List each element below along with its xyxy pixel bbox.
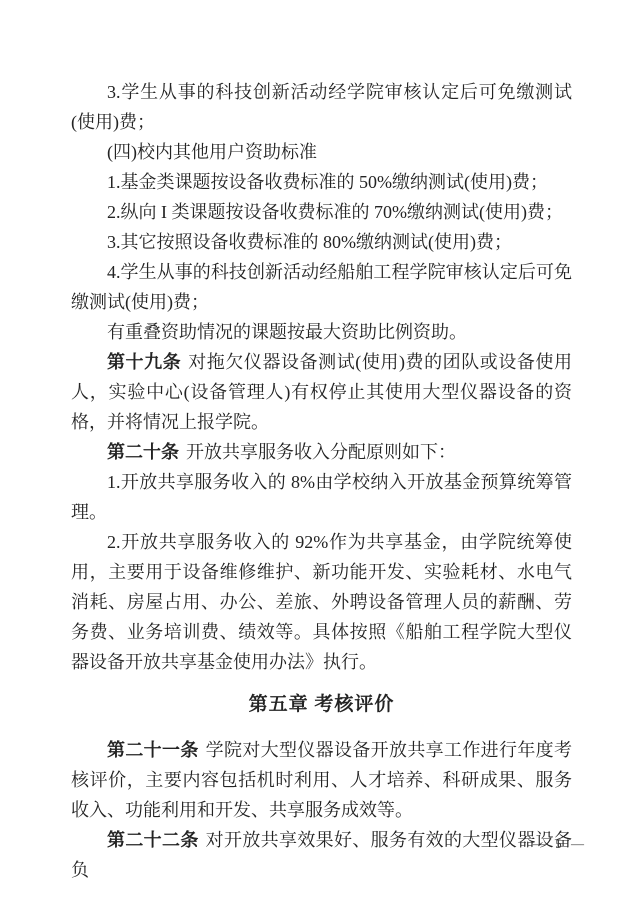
paragraph: 第二十一条学院对大型仪器设备开放共享工作进行年度考核评价，主要内容包括机时利用、… <box>71 735 572 825</box>
page-number: — 5 — <box>533 836 587 852</box>
paragraph: 第十九条对拖欠仪器设备测试(使用)费的团队或设备使用人，实验中心(设备管理人)有… <box>71 347 572 437</box>
document-page: 3.学生从事的科技创新活动经学院审核认定后可免缴测试(使用)费； (四)校内其他… <box>0 0 639 904</box>
paragraph: 1.开放共享服务收入的 8%由学校纳入开放基金预算统筹管理。 <box>71 467 572 527</box>
paragraph: 2.开放共享服务收入的 92%作为共享基金，由学院统筹使用，主要用于设备维修维护… <box>71 527 572 677</box>
document-body: 3.学生从事的科技创新活动经学院审核认定后可免缴测试(使用)费； (四)校内其他… <box>71 77 572 885</box>
paragraph: 3.其它按照设备收费标准的 80%缴纳测试(使用)费； <box>71 227 572 257</box>
paragraph: 有重叠资助情况的课题按最大资助比例资助。 <box>71 317 572 347</box>
paragraph: 第二十二条对开放共享效果好、服务有效的大型仪器设备负 <box>71 825 572 885</box>
paragraph: 4.学生从事的科技创新活动经船舶工程学院审核认定后可免缴测试(使用)费； <box>71 257 572 317</box>
paragraph: 2.纵向 I 类课题按设备收费标准的 70%缴纳测试(使用)费； <box>71 197 572 227</box>
paragraph: 第二十条开放共享服务收入分配原则如下： <box>71 437 572 467</box>
paragraph: 3.学生从事的科技创新活动经学院审核认定后可免缴测试(使用)费； <box>71 77 572 137</box>
paragraph-text: 开放共享服务收入分配原则如下： <box>186 442 456 462</box>
article-number: 第十九条 <box>107 352 181 372</box>
article-number: 第二十一条 <box>107 740 199 760</box>
article-number: 第二十条 <box>107 442 179 462</box>
paragraph: (四)校内其他用户资助标准 <box>71 137 572 167</box>
paragraph: 1.基金类课题按设备收费标准的 50%缴纳测试(使用)费； <box>71 167 572 197</box>
chapter-heading: 第五章 考核评价 <box>71 690 572 720</box>
article-number: 第二十二条 <box>107 830 199 850</box>
